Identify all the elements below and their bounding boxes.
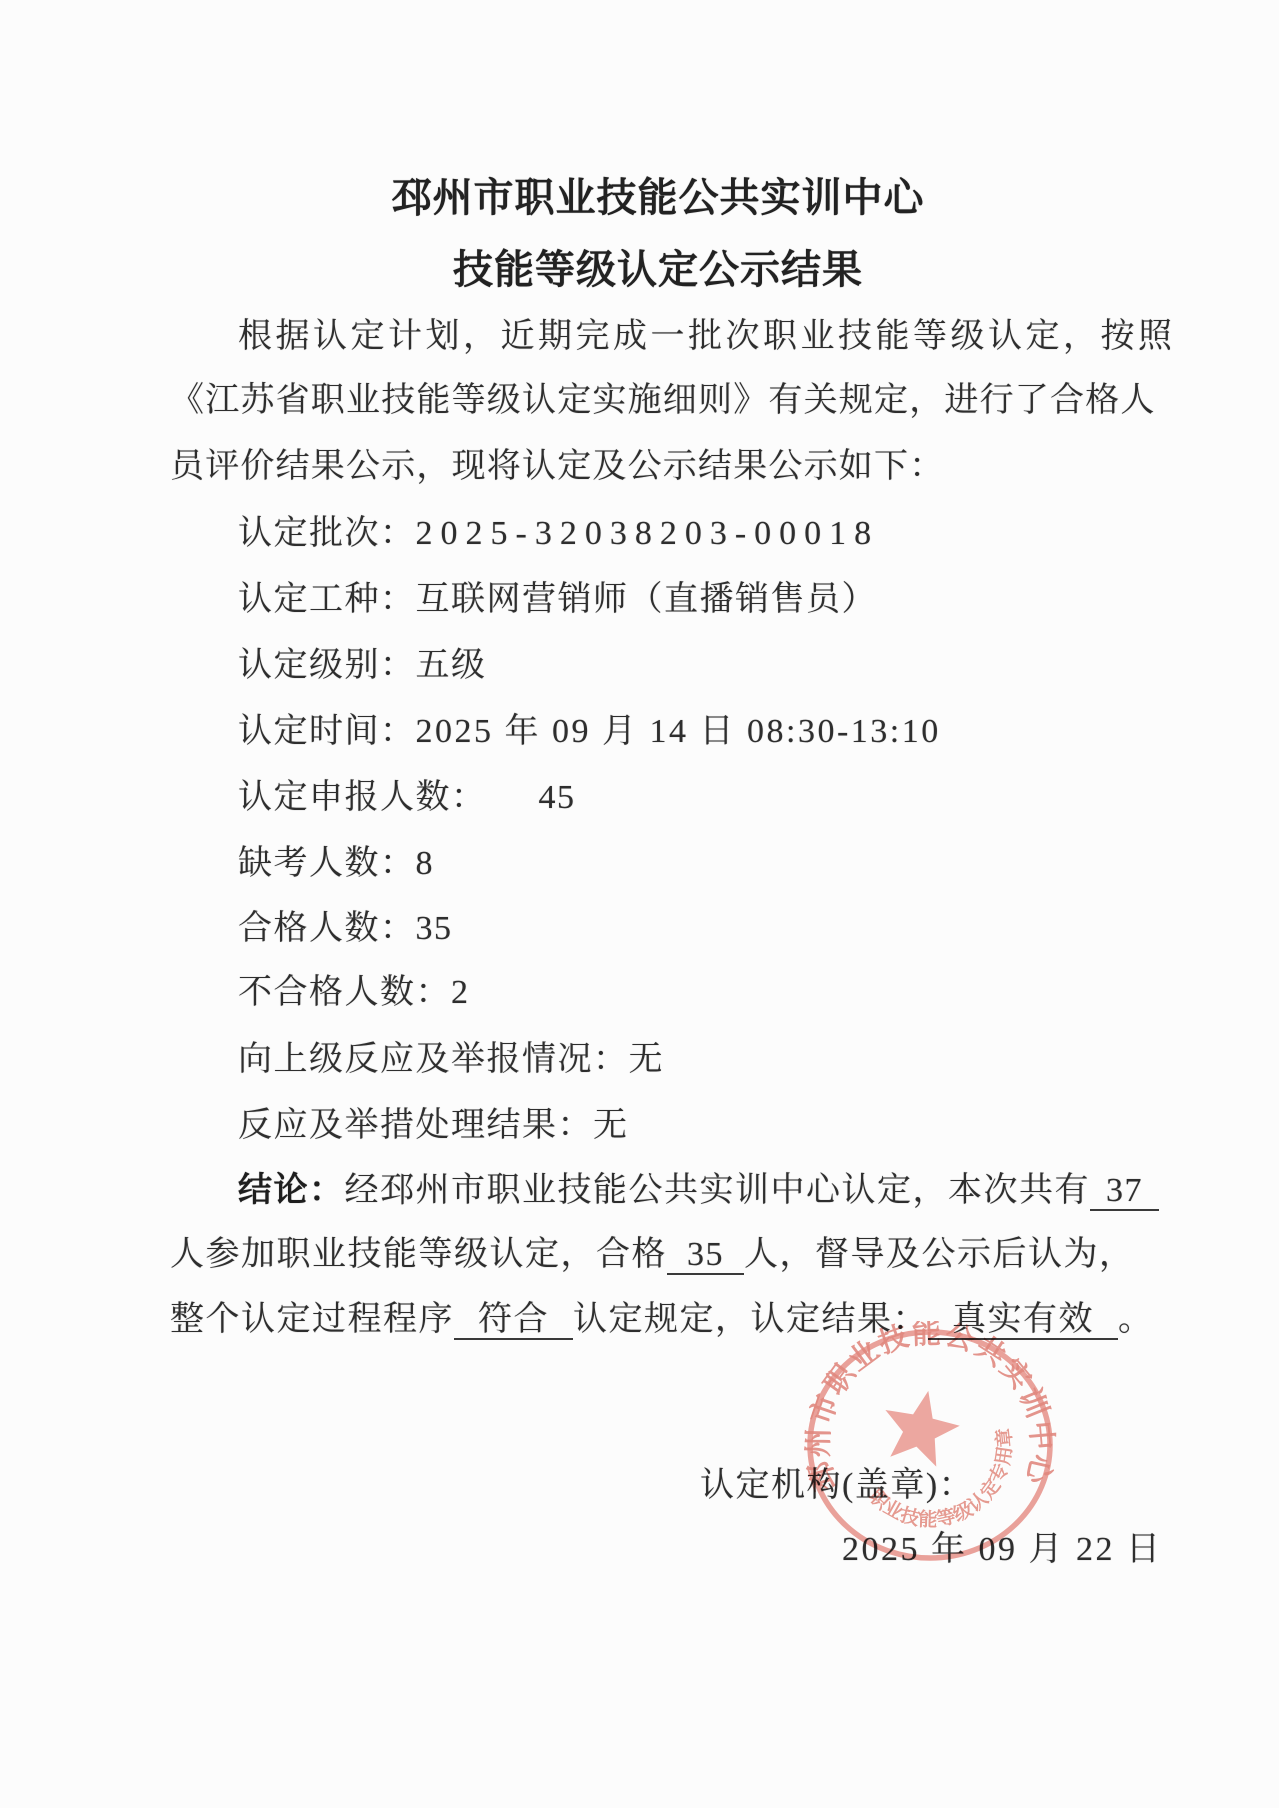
conclusion-text-3c: 。	[1118, 1301, 1154, 1338]
field-time-value: 2025 年 09 月 14 日 08:30-13:10	[416, 713, 941, 750]
intro-line-1: 根据认定计划，近期完成一批次职业技能等级认定，按照	[238, 308, 1176, 357]
field-level-value: 五级	[416, 647, 487, 684]
conclusion-blank-total: 37	[1090, 1172, 1159, 1211]
field-batch-value: 2025-32038203-00018	[416, 515, 880, 552]
conclusion-label: 结论：	[238, 1172, 345, 1209]
conclusion-line-1: 结论：经邳州市职业技能公共实训中心认定，本次共有37	[238, 1162, 1159, 1211]
document-title-line1: 邳州市职业技能公共实训中心	[0, 166, 1279, 223]
field-handling: 反应及举措处理结果：无	[238, 1097, 629, 1146]
announcement-document: 邳州市职业技能公共实训中心 技能等级认定公示结果 根据认定计划，近期完成一批次职…	[0, 0, 1279, 1808]
intro-line-3: 员评价结果公示，现将认定及公示结果公示如下：	[170, 438, 944, 487]
field-applicants: 认定申报人数：45	[238, 769, 576, 818]
stamp-star-icon	[876, 1383, 965, 1470]
field-reports-value: 无	[629, 1041, 665, 1078]
official-seal-stamp: 邳州市职业技能公共实训中心 职业技能等级认定专用章	[800, 1321, 1060, 1569]
conclusion-text-2b: 人，督导及公示后认为，	[744, 1236, 1135, 1273]
stamp-inner-text: 职业技能等级认定专用章	[864, 1427, 1016, 1531]
field-occupation-value: 互联网营销师（直播销售员）	[416, 581, 878, 618]
field-time-label: 认定时间：	[238, 713, 416, 750]
field-applicants-label: 认定申报人数：	[238, 779, 487, 816]
field-occupation-label: 认定工种：	[238, 581, 416, 618]
field-passed: 合格人数：35	[238, 900, 453, 949]
field-batch: 认定批次：2025-32038203-00018	[238, 505, 879, 554]
field-applicants-value: 45	[539, 779, 576, 816]
field-absent-value: 8	[416, 845, 435, 882]
conclusion-text-3a: 整个认定过程程序	[170, 1301, 454, 1338]
field-time: 认定时间：2025 年 09 月 14 日 08:30-13:10	[238, 703, 941, 752]
field-passed-label: 合格人数：	[238, 910, 416, 947]
field-level: 认定级别：五级	[238, 637, 487, 686]
field-passed-value: 35	[416, 910, 453, 947]
intro-line-2: 《江苏省职业技能等级认定实施细则》有关规定，进行了合格人	[170, 372, 1156, 421]
conclusion-line-2: 人参加职业技能等级认定，合格35人，督导及公示后认为，	[170, 1226, 1135, 1275]
field-failed-value: 2	[451, 974, 470, 1011]
field-level-label: 认定级别：	[238, 647, 416, 684]
field-occupation: 认定工种：互联网营销师（直播销售员）	[238, 571, 877, 620]
field-handling-label: 反应及举措处理结果：	[238, 1107, 593, 1144]
field-failed: 不合格人数：2	[238, 964, 470, 1013]
field-absent-label: 缺考人数：	[238, 845, 416, 882]
document-title-line2: 技能等级认定公示结果	[0, 238, 1279, 295]
conclusion-blank-passed: 35	[667, 1236, 744, 1275]
conclusion-blank-compliance: 符合	[454, 1301, 573, 1340]
conclusion-text-2a: 人参加职业技能等级认定，合格	[170, 1236, 667, 1273]
field-handling-value: 无	[593, 1107, 629, 1144]
field-absent: 缺考人数：8	[238, 835, 434, 884]
field-batch-label: 认定批次：	[238, 515, 416, 552]
field-reports-label: 向上级反应及举报情况：	[238, 1041, 629, 1078]
svg-text:职业技能等级认定专用章: 职业技能等级认定专用章	[864, 1427, 1016, 1531]
field-reports: 向上级反应及举报情况：无	[238, 1031, 664, 1080]
conclusion-text-1: 经邳州市职业技能公共实训中心认定，本次共有	[345, 1172, 1091, 1209]
field-failed-label: 不合格人数：	[238, 974, 451, 1011]
